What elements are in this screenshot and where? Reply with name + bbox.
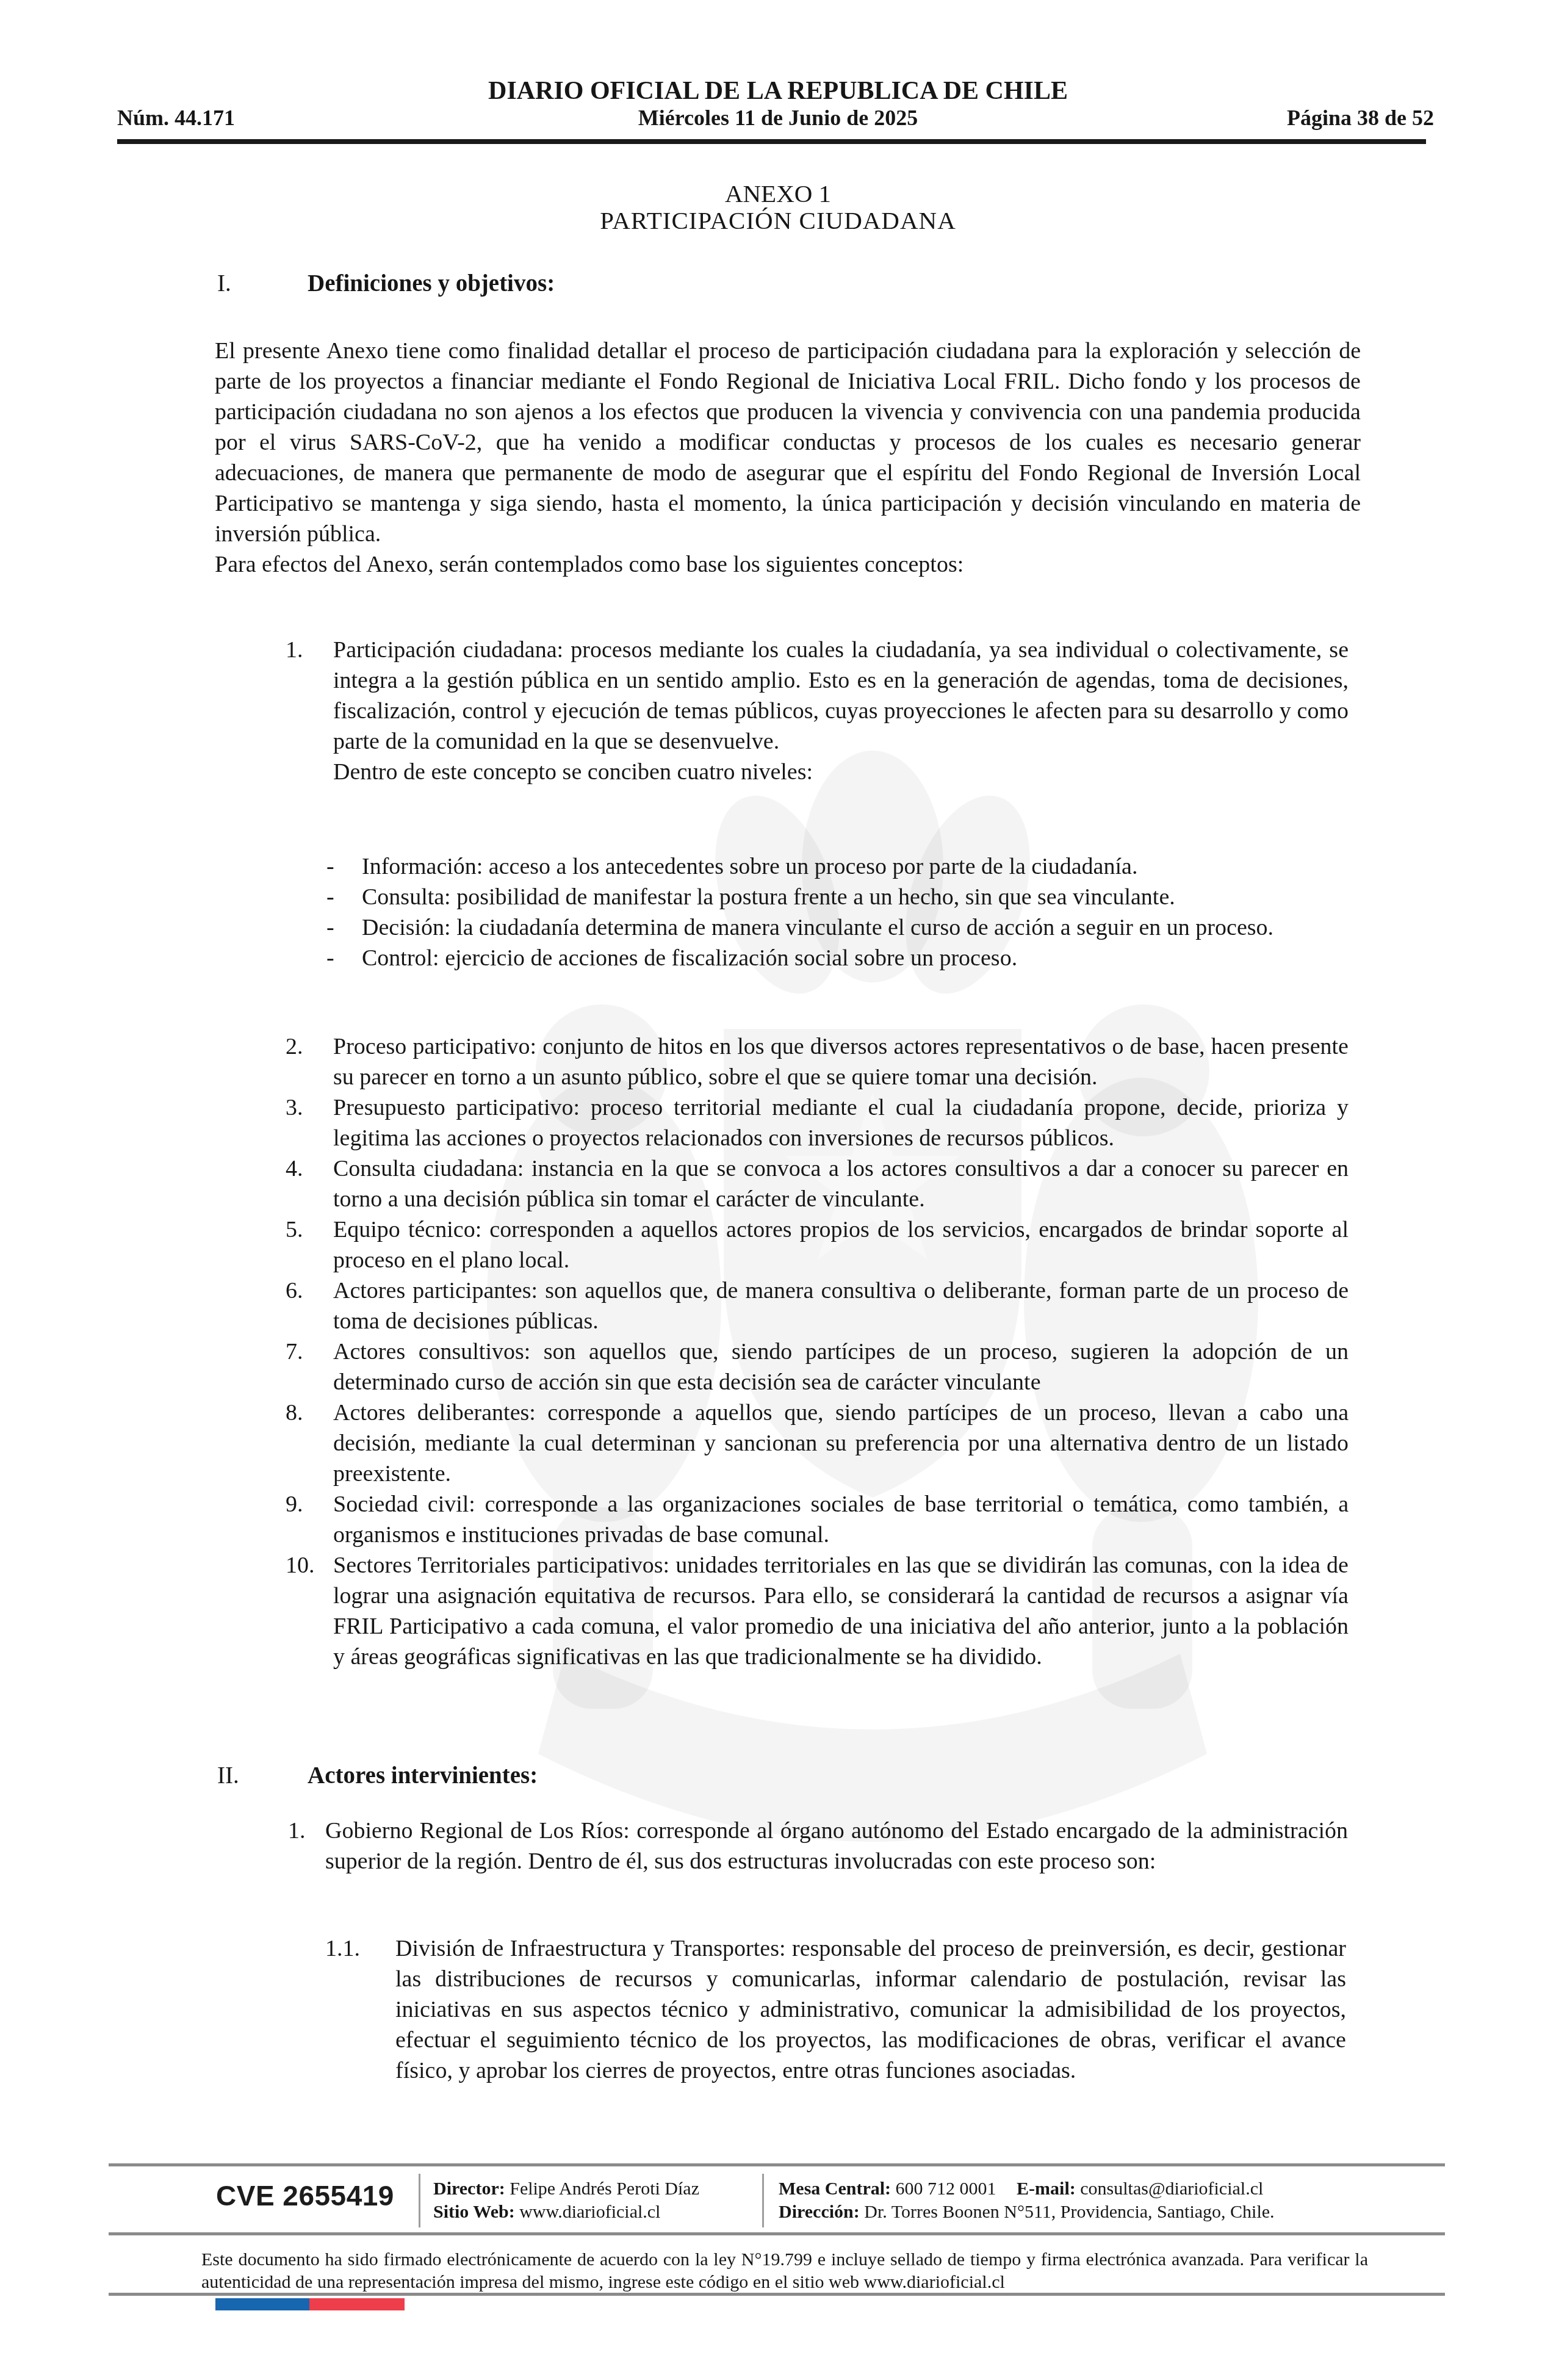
- item-text: Sectores Territoriales participativos: u…: [333, 1550, 1349, 1672]
- definition-item-2: 2. Proceso participativo: conjunto de hi…: [286, 1031, 1349, 1092]
- dash-marker: -: [326, 912, 362, 943]
- masthead-title: DIARIO OFICIAL DE LA REPUBLICA DE CHILE: [0, 77, 1556, 105]
- participation-levels-list: - Información: acceso a los antecedentes…: [326, 851, 1359, 973]
- item-number: 1.: [286, 635, 333, 787]
- definition-item-10: 10. Sectores Territoriales participativo…: [286, 1550, 1349, 1672]
- item-text: Participación ciudadana: procesos median…: [333, 635, 1349, 787]
- definition-item-4: 4. Consulta ciudadana: instancia en la q…: [286, 1153, 1349, 1214]
- item-1-body: Participación ciudadana: procesos median…: [333, 637, 1349, 754]
- definition-item-6: 6. Actores participantes: son aquellos q…: [286, 1275, 1349, 1336]
- item-number: 1.: [288, 1816, 325, 1877]
- definitions-intro-paragraph: El presente Anexo tiene como finalidad d…: [215, 336, 1361, 580]
- section-actors-heading: II.Actores intervinientes:: [217, 1761, 538, 1791]
- item-text: Actores deliberantes: corresponde a aque…: [333, 1397, 1349, 1489]
- item-number: 2.: [286, 1031, 333, 1092]
- section-numeral: I.: [217, 269, 308, 299]
- footer-rule-top: [109, 2163, 1445, 2166]
- definition-item-1: 1. Participación ciudadana: procesos med…: [286, 635, 1349, 787]
- section-title: Actores intervinientes:: [308, 1762, 538, 1789]
- footer-sitio-line: Sitio Web: www.diarioficial.cl: [433, 2201, 699, 2224]
- item-text: Presupuesto participativo: proceso terri…: [333, 1092, 1349, 1153]
- chile-flag-red-bar: [309, 2298, 405, 2310]
- email-value: consultas@diarioficial.cl: [1080, 2179, 1263, 2199]
- footer-rule-bottom: [109, 2293, 1445, 2296]
- footer-rule-middle: [109, 2232, 1445, 2235]
- item-number: 7.: [286, 1336, 333, 1397]
- footer-direccion-line: Dirección: Dr. Torres Boonen N°511, Prov…: [779, 2201, 1275, 2224]
- mesa-central-label: Mesa Central:: [779, 2179, 891, 2199]
- annex-subtitle: PARTICIPACIÓN CIUDADANA: [0, 206, 1556, 234]
- definition-item-7: 7. Actores consultivos: son aquellos que…: [286, 1336, 1349, 1397]
- section-definitions-heading: I.Definiciones y objetivos:: [217, 269, 555, 299]
- level-text: Consulta: posibilidad de manifestar la p…: [362, 882, 1359, 912]
- director-value: Felipe Andrés Peroti Díaz: [510, 2179, 699, 2199]
- item-number: 5.: [286, 1214, 333, 1275]
- footer-contact-block: Mesa Central: 600 712 0001 E-mail: consu…: [779, 2177, 1275, 2224]
- dash-marker: -: [326, 851, 362, 882]
- level-item-consulta: - Consulta: posibilidad de manifestar la…: [326, 882, 1359, 912]
- signature-disclaimer: Este documento ha sido firmado electróni…: [201, 2248, 1368, 2293]
- level-text: Control: ejercicio de acciones de fiscal…: [362, 943, 1359, 973]
- mesa-central-value: 600 712 0001: [896, 2179, 996, 2199]
- diario-oficial-page: DIARIO OFICIAL DE LA REPUBLICA DE CHILE …: [0, 0, 1556, 2380]
- item-text: Sociedad civil: corresponde a las organi…: [333, 1489, 1349, 1550]
- email-label: E-mail:: [1017, 2179, 1076, 2199]
- definition-item-9: 9. Sociedad civil: corresponde a las org…: [286, 1489, 1349, 1550]
- item-number: 8.: [286, 1397, 333, 1489]
- annex-title: ANEXO 1: [0, 179, 1556, 207]
- item-text: Consulta ciudadana: instancia en la que …: [333, 1153, 1349, 1214]
- item-number: 10.: [286, 1550, 333, 1672]
- definition-item-5: 5. Equipo técnico: corresponden a aquell…: [286, 1214, 1349, 1275]
- section-numeral: II.: [217, 1761, 308, 1791]
- actors-item-1: 1. Gobierno Regional de Los Ríos: corres…: [288, 1816, 1348, 1877]
- page-indicator: Página 38 de 52: [1287, 105, 1434, 131]
- sitio-web-value: www.diarioficial.cl: [519, 2202, 660, 2222]
- chile-flag-blue-bar: [215, 2298, 309, 2310]
- definitions-list: 2. Proceso participativo: conjunto de hi…: [286, 1031, 1349, 1672]
- item-text: Proceso participativo: conjunto de hitos…: [333, 1031, 1349, 1092]
- item-1-note: Dentro de este concepto se conciben cuat…: [333, 759, 813, 785]
- dash-marker: -: [326, 882, 362, 912]
- director-label: Director:: [433, 2179, 505, 2199]
- footer-mesa-line: Mesa Central: 600 712 0001 E-mail: consu…: [779, 2177, 1275, 2201]
- level-item-control: - Control: ejercicio de acciones de fisc…: [326, 943, 1359, 973]
- item-text: Actores participantes: son aquellos que,…: [333, 1275, 1349, 1336]
- direccion-label: Dirección:: [779, 2202, 860, 2222]
- footer-divider-1: [419, 2174, 420, 2227]
- item-text: Equipo técnico: corresponden a aquellos …: [333, 1214, 1349, 1275]
- actors-item-1-1: 1.1. División de Infraestructura y Trans…: [325, 1933, 1346, 2086]
- item-number: 3.: [286, 1092, 333, 1153]
- item-number: 6.: [286, 1275, 333, 1336]
- header-rule: [117, 139, 1426, 144]
- section-title: Definiciones y objetivos:: [308, 270, 555, 297]
- footer-divider-2: [762, 2174, 764, 2227]
- level-item-decision: - Decisión: la ciudadanía determina de m…: [326, 912, 1359, 943]
- item-number: 9.: [286, 1489, 333, 1550]
- definition-item-8: 8. Actores deliberantes: corresponde a a…: [286, 1397, 1349, 1489]
- footer-director-block: Director: Felipe Andrés Peroti Díaz Siti…: [433, 2177, 699, 2224]
- level-text: Decisión: la ciudadanía determina de man…: [362, 912, 1359, 943]
- intro-followup-text: Para efectos del Anexo, serán contemplad…: [215, 552, 963, 577]
- definition-item-3: 3. Presupuesto participativo: proceso te…: [286, 1092, 1349, 1153]
- sitio-web-label: Sitio Web:: [433, 2202, 515, 2222]
- level-text: Información: acceso a los antecedentes s…: [362, 851, 1359, 882]
- intro-text: El presente Anexo tiene como finalidad d…: [215, 338, 1361, 547]
- footer-director-line: Director: Felipe Andrés Peroti Díaz: [433, 2177, 699, 2201]
- cve-code: CVE 2655419: [216, 2180, 394, 2212]
- item-text: Gobierno Regional de Los Ríos: correspon…: [325, 1816, 1348, 1877]
- direccion-value: Dr. Torres Boonen N°511, Providencia, Sa…: [864, 2202, 1274, 2222]
- level-item-informacion: - Información: acceso a los antecedentes…: [326, 851, 1359, 882]
- item-number: 1.1.: [325, 1933, 395, 2086]
- dash-marker: -: [326, 943, 362, 973]
- item-text: Actores consultivos: son aquellos que, s…: [333, 1336, 1349, 1397]
- item-text: División de Infraestructura y Transporte…: [395, 1933, 1346, 2086]
- item-number: 4.: [286, 1153, 333, 1214]
